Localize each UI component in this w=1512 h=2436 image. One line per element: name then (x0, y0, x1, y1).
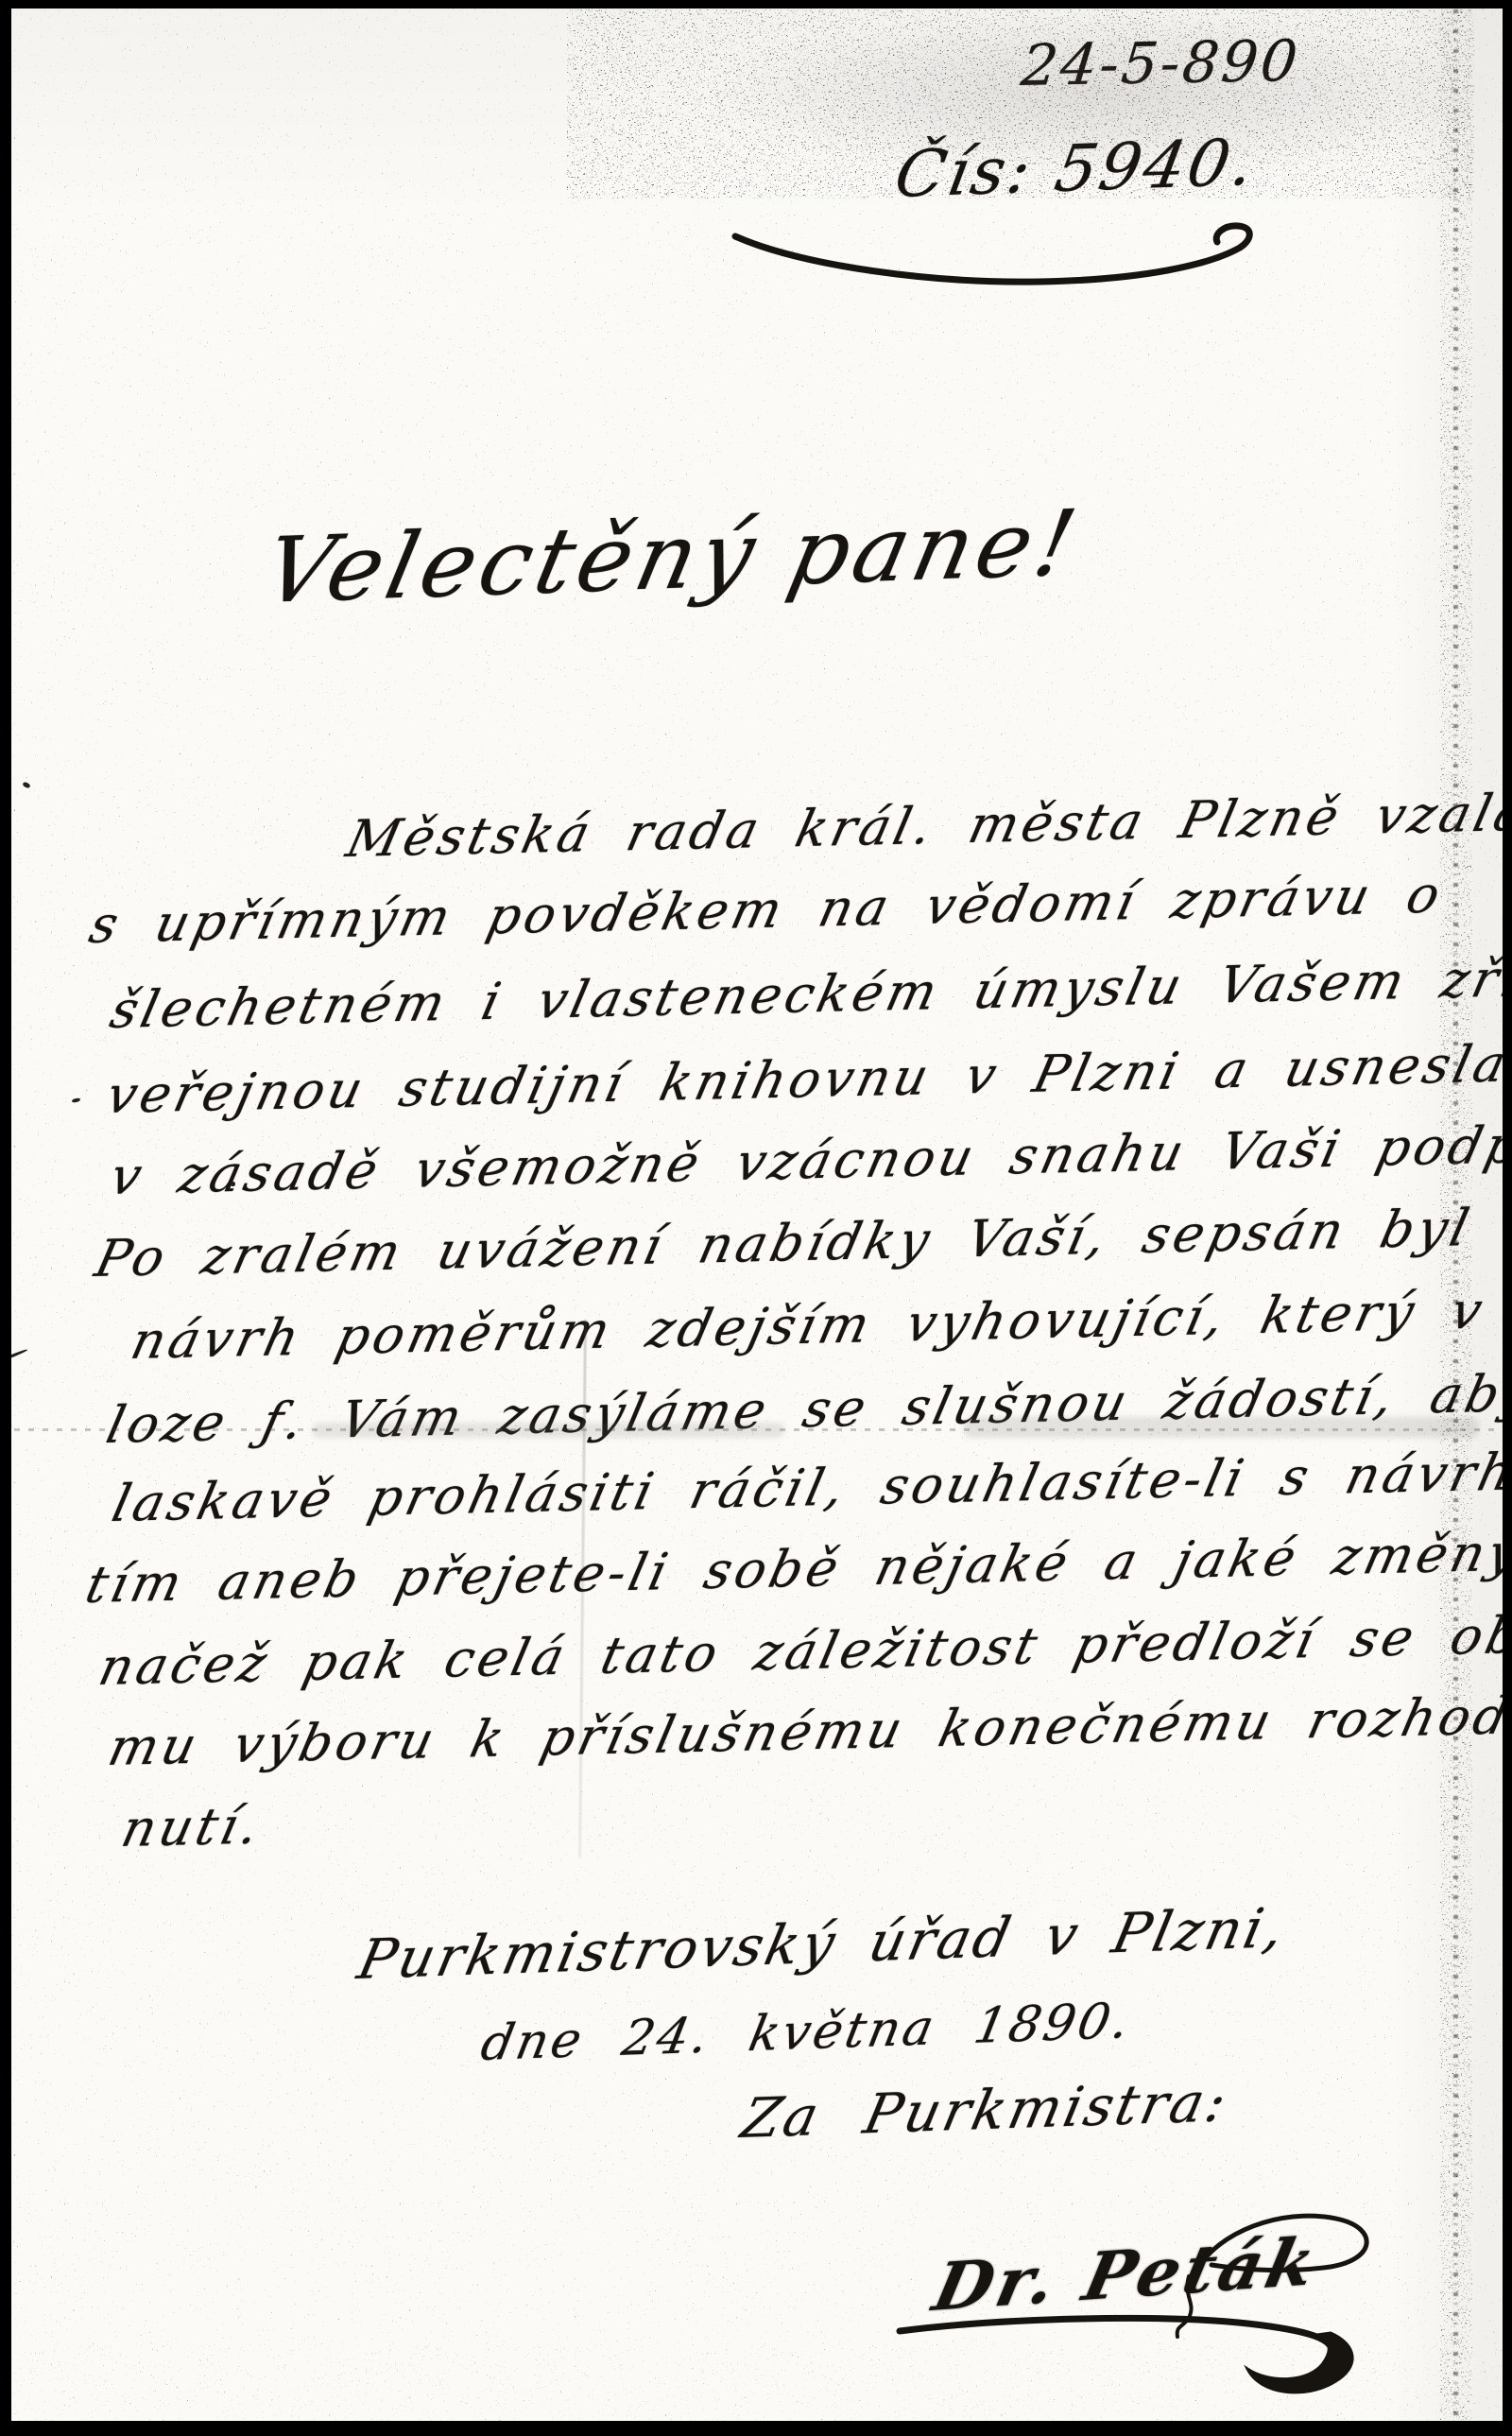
scan-border-top (0, 0, 1512, 9)
date-line: dne 24. května 1890. (477, 1996, 1136, 2068)
signed-for-line: Za Purkmistra: (737, 2074, 1234, 2146)
body-line-1: Městská rada král. města Plzně vzala (342, 787, 1512, 865)
ink-speck (72, 1097, 81, 1103)
body-line-9: laskavě prohlásiti ráčil, souhlasíte-li … (108, 1444, 1512, 1529)
body-line-2: s upřímným povděkem na vědomí zprávu o (85, 870, 1449, 951)
right-edge-noise-line (1453, 9, 1458, 2421)
body-line-6: Po zralém uvážení nabídky Vaší, sepsán b… (91, 1202, 1477, 1285)
office-line: Purkmistrovský úřad v Plzni, (353, 1900, 1292, 1987)
filing-date-annotation: 24-5-890 (1019, 33, 1302, 95)
body-line-8: loze ƒ. Vám zasýláme se slušnou žádostí,… (102, 1366, 1512, 1451)
body-line-3: šlechetném i vlasteneckém úmyslu Vašem z… (106, 951, 1512, 1036)
body-line-7: návrh poměrům zdejším vyhovující, který … (127, 1282, 1512, 1367)
body-line-10: tím aneb přejete-li sobě nějaké a jaké z… (81, 1527, 1512, 1611)
body-line-5: v zásadě všemožně vzácnou snahu Vaši pod… (106, 1114, 1512, 1202)
ink-speck (231, 1182, 235, 1186)
scan-border-bottom (0, 2421, 1512, 2436)
reference-number: Čís: 5940. (890, 131, 1262, 208)
scanned-letter-page: 24-5-890 Čís: 5940. Velectěný pane! Měst… (0, 0, 1512, 2436)
signature-flourish-icon (879, 2193, 1408, 2410)
body-line-11: načež pak celá tato záležitost předloží … (94, 1607, 1512, 1693)
scan-border-left (0, 0, 11, 2436)
body-line-4: veřejnou studijní knihovnu v Plzni a usn… (102, 1036, 1512, 1121)
body-line-13: nutí. (117, 1801, 267, 1855)
reference-underline-flourish-icon (718, 208, 1304, 312)
scan-border-right (1503, 0, 1512, 2436)
fold-crease-horizontal (0, 1428, 1512, 1431)
salutation-line: Velectěný pane! (257, 497, 1088, 616)
ink-speck (22, 781, 30, 788)
body-line-12: mu výboru k příslušnému konečnému rozhod… (104, 1690, 1512, 1773)
